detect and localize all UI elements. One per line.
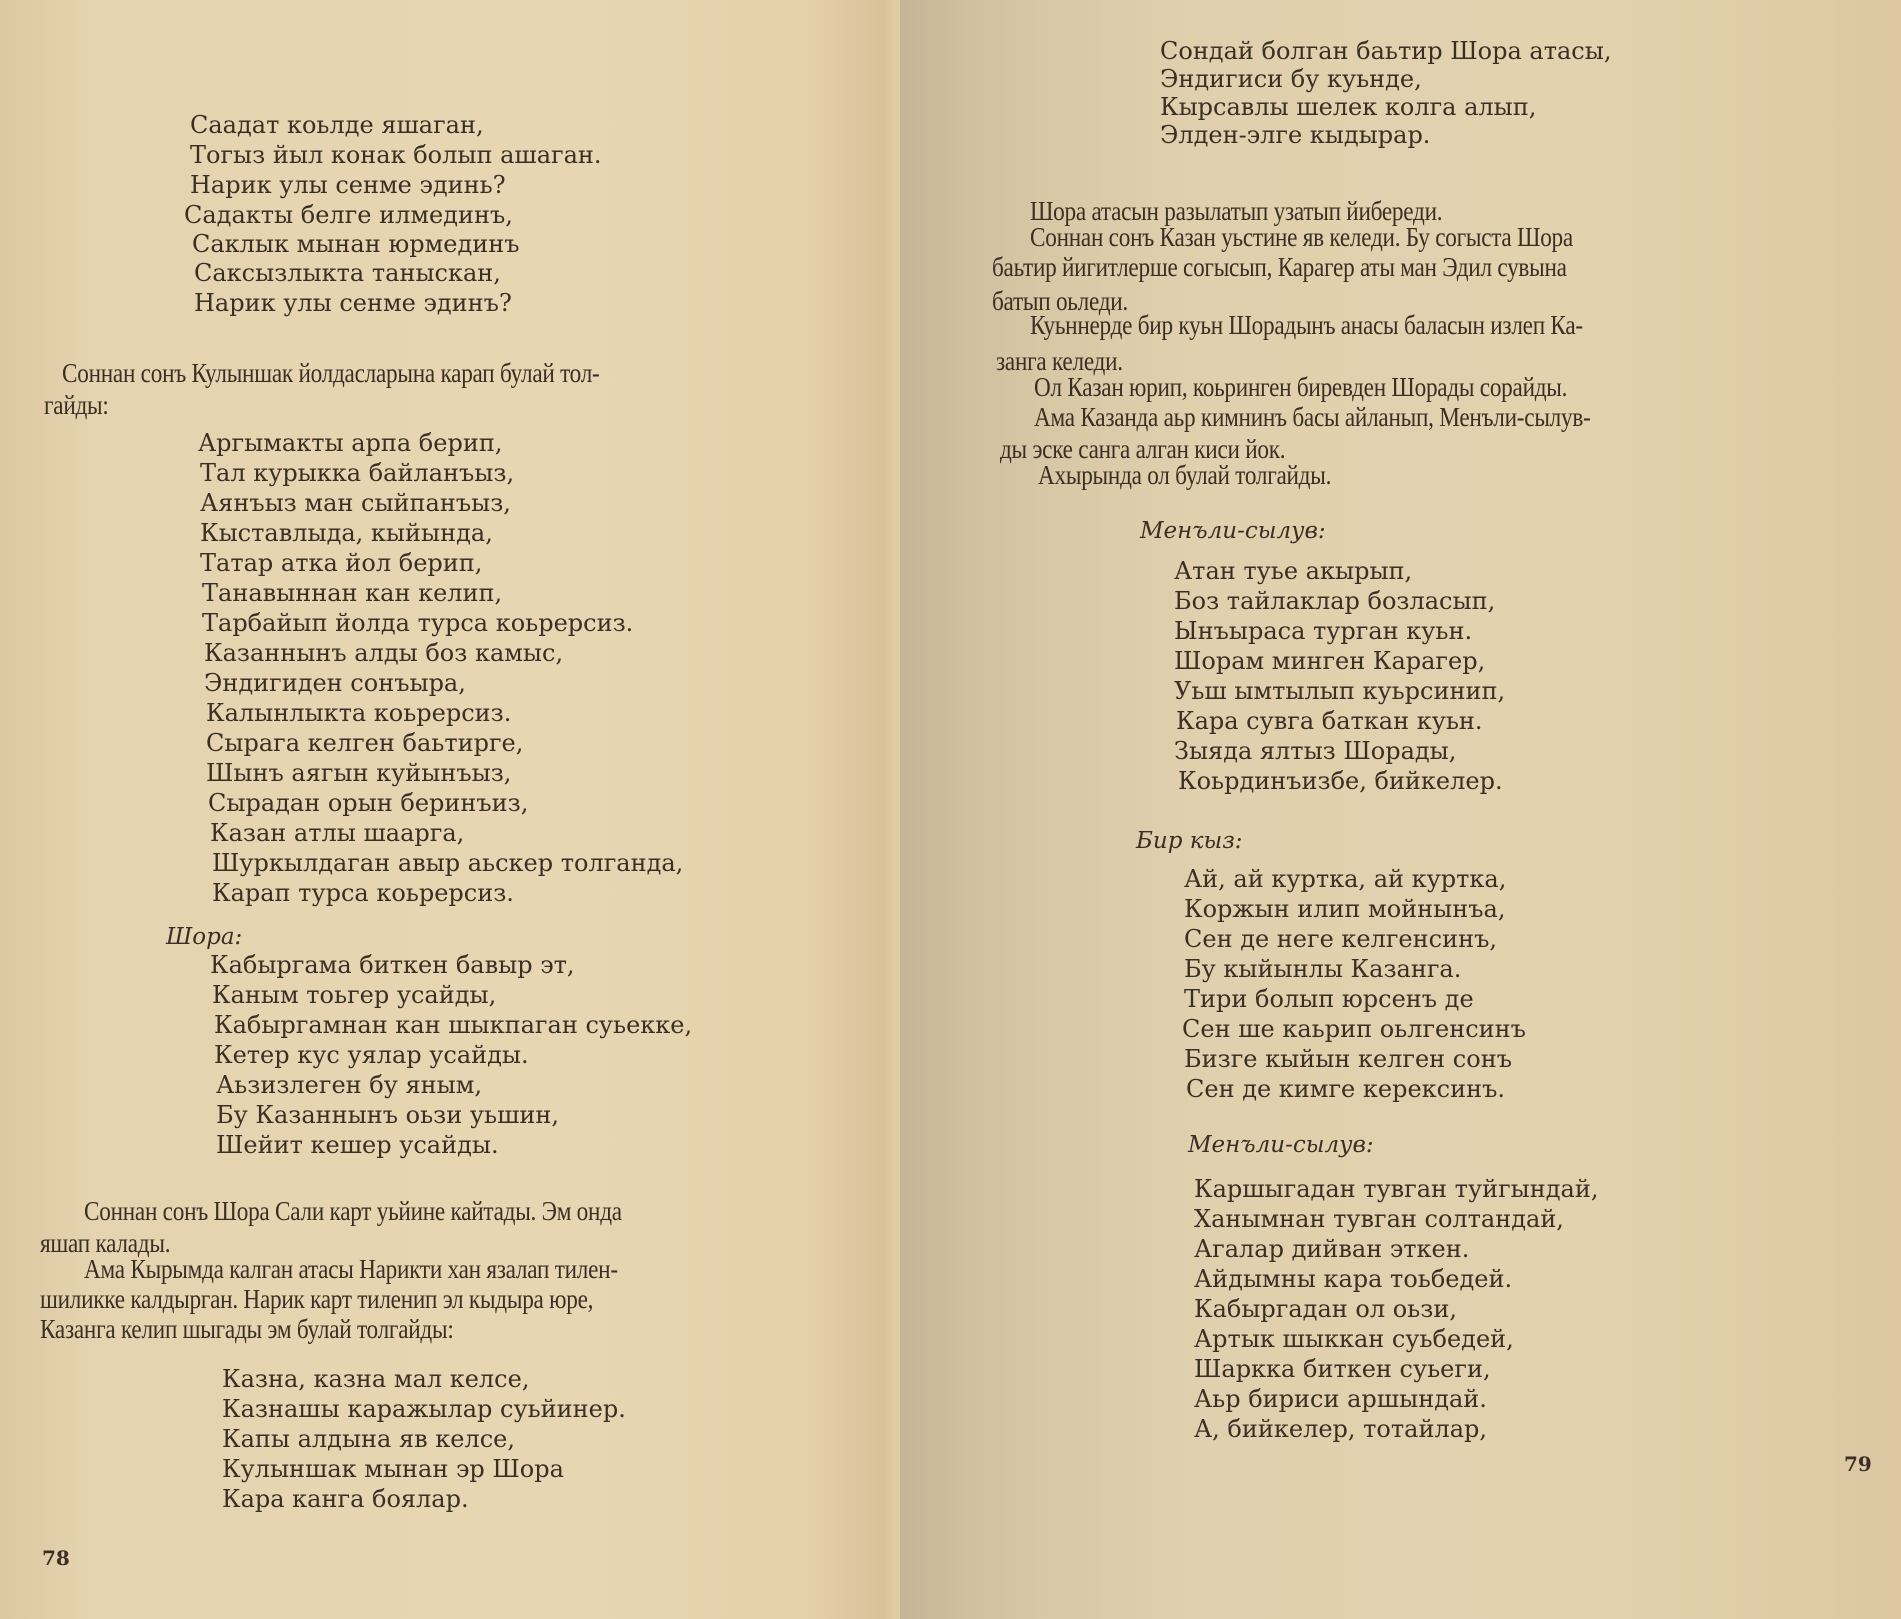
verse-line: Карап турса коьрерсиз. (212, 878, 514, 908)
verse-line: Шейит кешер усайды. (216, 1130, 499, 1160)
verse-line: Ынъыраса турган куьн. (1174, 616, 1472, 646)
speaker-label: Менъли-сылув: (1188, 1130, 1374, 1160)
verse-line: Аргымакты арпа берип, (198, 428, 502, 458)
verse-line: Каршыгадан тувган туйгындай, (1194, 1174, 1598, 1204)
right-page: Сондай болган баьтир Шора атасы, Эндигис… (900, 0, 1901, 1619)
verse-line: Кабыргамнан кан шыкпаган суьекке, (214, 1010, 692, 1040)
verse-line: Бу кыйынлы Казанга. (1184, 954, 1461, 984)
verse-line: Шуркылдаган авыр аьскер толганда, (212, 848, 683, 878)
verse-line: Танавыннан кан келип, (202, 578, 502, 608)
verse-line: Боз тайлаклар бозласып, (1174, 586, 1495, 616)
verse-line: Саадат коьлде яшаган, (190, 110, 484, 140)
verse-line: Бу Казаннынъ оьзи уьшин, (216, 1100, 559, 1130)
verse-line: Тири болып юрсенъ де (1184, 984, 1474, 1014)
verse-line: Коржын илип мойнынъа, (1184, 894, 1505, 924)
verse-line: Уьш ымтылып куьрсинип, (1174, 676, 1505, 706)
verse-line: Агалар дийван эткен. (1194, 1234, 1469, 1264)
book-spread: Саадат коьлде яшаган, Тогыз йыл конак бо… (0, 0, 1901, 1619)
prose-line: Казанга келип шыгады эм булай толгайды: (40, 1314, 454, 1344)
prose-line: Куьннерде бир куьн Шорадынъ анасы баласы… (1030, 310, 1583, 340)
verse-line: Кыставлыда, кыйында, (200, 518, 493, 548)
verse-line: Кара сувга баткан куьн. (1176, 706, 1483, 736)
verse-line: Тал курыкка байланъыз, (200, 458, 514, 488)
verse-line: Элден-элге кыдырар. (1160, 120, 1430, 150)
verse-line: Сырадан орын беринъиз, (208, 788, 528, 818)
verse-line: Айдымны кара тоьбедей. (1194, 1264, 1512, 1294)
verse-line: Кырсавлы шелек колга алып, (1160, 92, 1536, 122)
speaker-label: Шора: (166, 922, 242, 952)
verse-line: Бизге кыйын келген сонъ (1184, 1044, 1512, 1074)
verse-line: Калынлыкта коьрерсиз. (206, 698, 511, 728)
prose-line: гайды: (44, 390, 109, 420)
verse-line: Эндигиси бу куьнде, (1160, 64, 1422, 94)
verse-line: Саклык мынан юрмединъ (192, 229, 520, 259)
prose-line: Ама Казанда аьр кимнинъ басы айланып, Ме… (1034, 402, 1591, 432)
verse-line: Казаннынъ алды боз камыс, (204, 638, 563, 668)
verse-line: Аьзизлеген бу яным, (216, 1070, 482, 1100)
verse-line: Нарик улы сенме эдинь? (190, 170, 506, 200)
prose-line: Ама Кырымда калган атасы Нарикти хан яза… (84, 1254, 618, 1284)
prose-line: шиликке калдырган. Нарик карт тиленип эл… (40, 1284, 593, 1314)
verse-line: Тарбайып йолда турса коьрерсиз. (202, 608, 633, 638)
prose-line: Соннан сонъ Казан уьстине яв келеди. Бу … (1030, 222, 1573, 252)
verse-line: Ай, ай куртка, ай куртка, (1184, 864, 1506, 894)
prose-line: Ол Казан юрип, коьринген биревден Шорады… (1034, 372, 1567, 402)
verse-line: Казна, казна мал келсе, (222, 1364, 529, 1394)
verse-line: Сондай болган баьтир Шора атасы, (1160, 36, 1611, 66)
verse-line: Сен де неге келгенсинъ, (1184, 924, 1497, 954)
verse-line: Сен ше каьрип оьлгенсинъ (1182, 1014, 1526, 1044)
verse-line: Ханымнан тувган солтандай, (1194, 1204, 1564, 1234)
verse-line: Садакты белге илмединъ, (184, 200, 513, 230)
page-number: 79 (1844, 1452, 1872, 1476)
verse-line: Аянъыз ман сыйпанъыз, (200, 488, 511, 518)
verse-line: Нарик улы сенме эдинъ? (194, 288, 512, 318)
left-page: Саадат коьлде яшаган, Тогыз йыл конак бо… (0, 0, 950, 1619)
verse-line: Шорам минген Карагер, (1174, 646, 1485, 676)
verse-line: Артык шыккан суьбедей, (1194, 1324, 1514, 1354)
verse-line: Кулыншак мынан эр Шора (222, 1454, 564, 1484)
verse-line: Сырага келген баьтирге, (206, 728, 523, 758)
prose-line: баьтир йигитлерше согысып, Карагер аты м… (992, 252, 1567, 282)
prose-line: Ахырында ол булай толгайды. (1038, 460, 1331, 490)
speaker-label: Менъли-сылув: (1140, 516, 1326, 546)
verse-line: Аьр бириси аршындай. (1194, 1384, 1487, 1414)
verse-line: Кара канга боялар. (222, 1484, 469, 1514)
verse-line: Шынъ аягын куйынъыз, (206, 758, 511, 788)
prose-line: Соннан сонъ Шора Сали карт уьйине кайтад… (84, 1196, 622, 1226)
verse-line: Тогыз йыл конак болып ашаган. (190, 140, 602, 170)
verse-line: Каным тоьгер усайды, (212, 980, 496, 1010)
verse-line: Саксызлыкта таныскан, (194, 258, 501, 288)
verse-line: Казан атлы шаарга, (210, 818, 464, 848)
verse-line: Коьрдинъизбе, бийкелер. (1178, 766, 1503, 796)
verse-line: Казнашы каражылар суьйинер. (222, 1394, 626, 1424)
verse-line: Атан туье акырып, (1174, 556, 1412, 586)
verse-line: Зыяда ялтыз Шорады, (1174, 736, 1456, 766)
page-number: 78 (42, 1546, 70, 1570)
verse-line: Сен де кимге керексинъ. (1186, 1074, 1505, 1104)
verse-line: А, бийкелер, тотайлар, (1194, 1414, 1487, 1444)
verse-line: Кабыргадан ол оьзи, (1194, 1294, 1457, 1324)
prose-line: Соннан сонъ Кулыншак йолдасларына карап … (62, 358, 600, 388)
verse-line: Кабыргама биткен бавыр эт, (210, 950, 575, 980)
verse-line: Капы алдына яв келсе, (222, 1424, 515, 1454)
verse-line: Кетер кус уялар усайды. (214, 1040, 529, 1070)
verse-line: Шаркка биткен суьеги, (1194, 1354, 1491, 1384)
verse-line: Татар атка йол берип, (200, 548, 482, 578)
verse-line: Эндигиден сонъыра, (204, 668, 466, 698)
speaker-label: Бир кыз: (1136, 826, 1243, 856)
